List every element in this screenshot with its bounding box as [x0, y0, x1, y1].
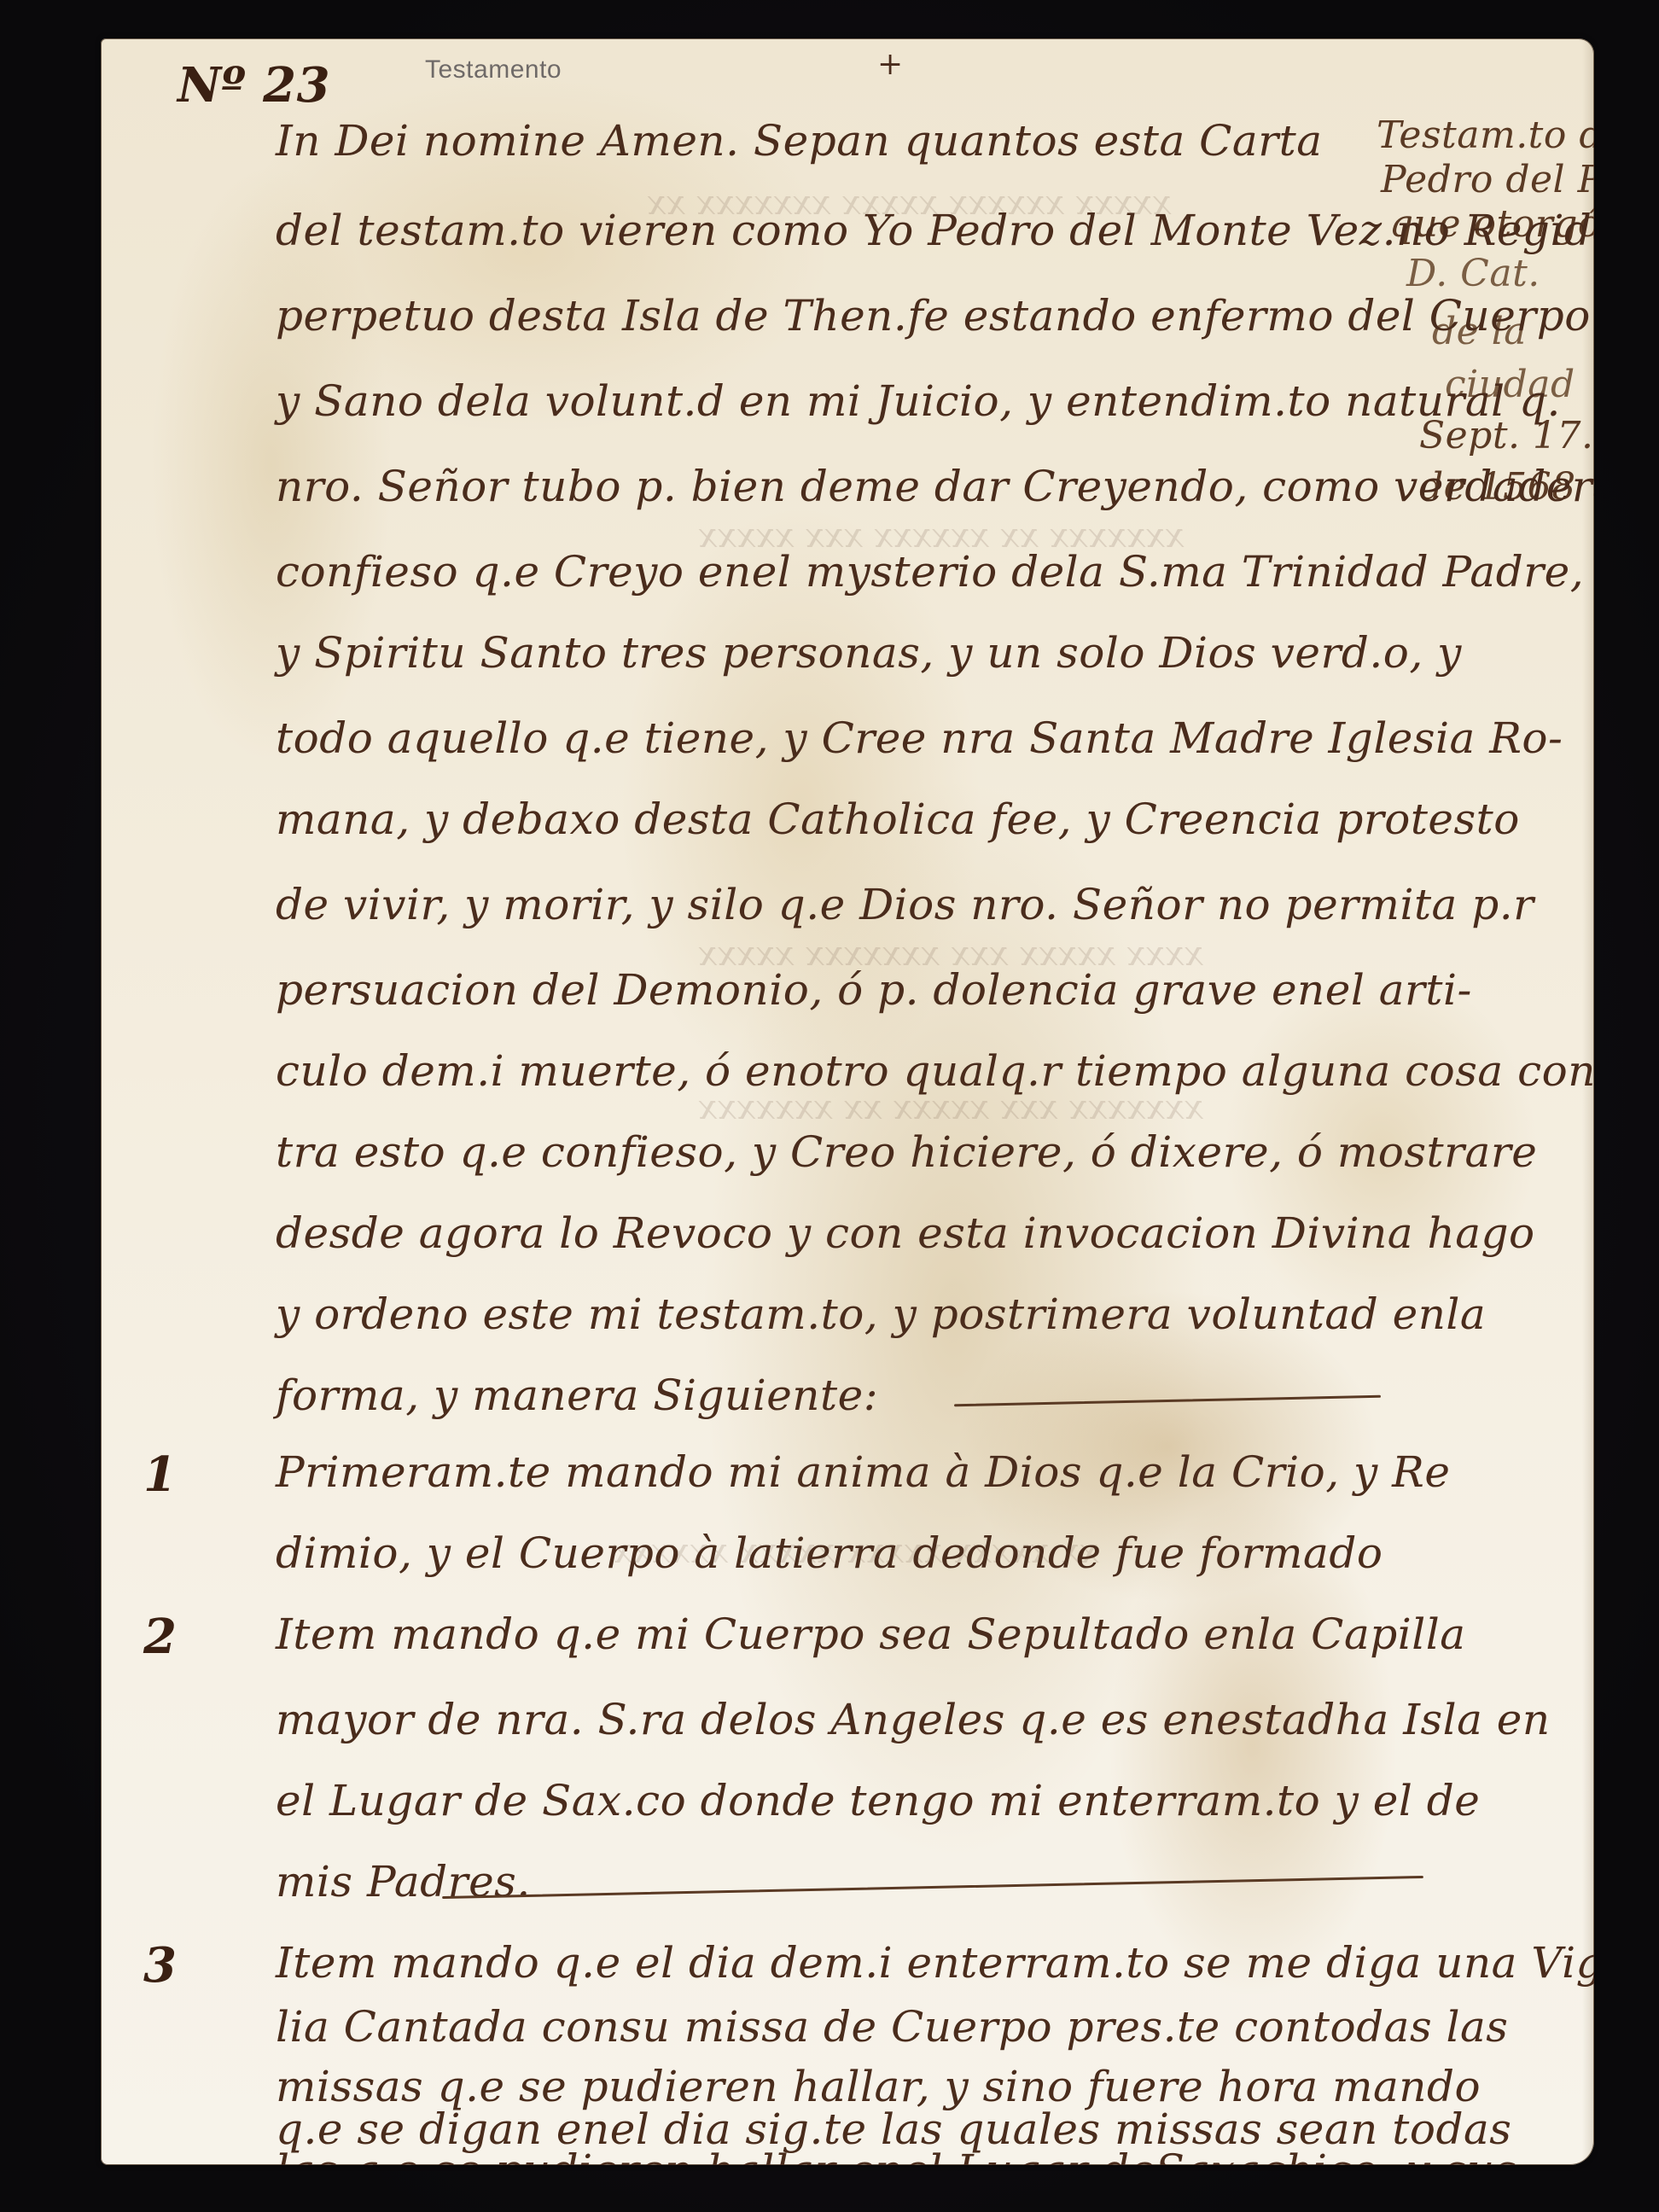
clause-line: Item mando q.e el dia dem.i enterram.to …: [276, 1937, 1594, 1988]
line-filler-dash: [442, 1876, 1423, 1899]
body-line: todo aquello q.e tiene, y Cree nra Santa…: [276, 713, 1563, 764]
body-line: y Sano dela volunt.d en mi Juicio, y ent…: [276, 375, 1561, 427]
body-line: culo dem.i muerte, ó enotro qualq.r tiem…: [276, 1045, 1594, 1097]
clause-line: dimio, y el Cuerpo à latierra dedonde fu…: [276, 1528, 1382, 1579]
clause-line: lia Cantada consu missa de Cuerpo pres.t…: [276, 2001, 1508, 2052]
body-line: de vivir, y morir, y silo q.e Dios nro. …: [276, 879, 1534, 930]
clause-number: 1: [143, 1447, 177, 1503]
clause-line: mayor de nra. S.ra delos Angeles q.e es …: [276, 1694, 1551, 1745]
cross-mark: +: [877, 47, 904, 82]
line-filler-dash: [954, 1395, 1381, 1406]
body-line: tra esto q.e confieso, y Creo hiciere, ó…: [276, 1126, 1537, 1178]
body-line: del testam.to vieren como Yo Pedro del M…: [276, 205, 1594, 256]
margin-note-line: Pedro del P.te: [1381, 158, 1594, 202]
clause-number: 2: [143, 1609, 177, 1665]
margin-note-line: Testam.to del: [1377, 114, 1594, 158]
folio-number: Nº 23: [178, 57, 330, 114]
body-line: forma, y manera Siguiente:: [276, 1370, 878, 1421]
body-line: confieso q.e Creyo enel mysterio dela S.…: [276, 546, 1594, 597]
page-edge: [1582, 38, 1594, 2165]
clause-line: el Lugar de Sax.co donde tengo mi enterr…: [276, 1775, 1480, 1826]
clause-line: Item mando q.e mi Cuerpo sea Sepultado e…: [276, 1609, 1466, 1660]
body-line: y Spiritu Santo tres personas, y un solo…: [276, 627, 1462, 678]
body-line: persuacion del Demonio, ó p. dolencia gr…: [276, 964, 1472, 1016]
scan-background: xxxxx xxxxxx xxxxx xxxxxxx xx xxxxxxx xx…: [0, 0, 1659, 2212]
manuscript-page: xxxxx xxxxxx xxxxx xxxxxxx xx xxxxxxx xx…: [101, 38, 1594, 2165]
clause-number: 3: [143, 1937, 177, 1994]
pencil-note: Testamento: [425, 55, 562, 84]
body-line: perpetuo desta Isla de Then.fe estando e…: [276, 290, 1591, 341]
body-line: mana, y debaxo desta Catholica fee, y Cr…: [276, 794, 1520, 845]
body-line: y ordeno este mi testam.to, y postrimera…: [276, 1289, 1486, 1340]
body-line: nro. Señor tubo p. bien deme dar Creyend…: [276, 461, 1594, 512]
clause-line: las q.e se pudieren hallar enel Lugar de…: [276, 2145, 1517, 2165]
body-line: desde agora lo Revoco y con esta invocac…: [276, 1208, 1535, 1259]
clause-line: Primeram.te mando mi anima à Dios q.e la…: [276, 1447, 1450, 1498]
body-line: In Dei nomine Amen. Sepan quantos esta C…: [276, 115, 1323, 166]
clause-line: mis Padres.: [276, 1856, 531, 1907]
